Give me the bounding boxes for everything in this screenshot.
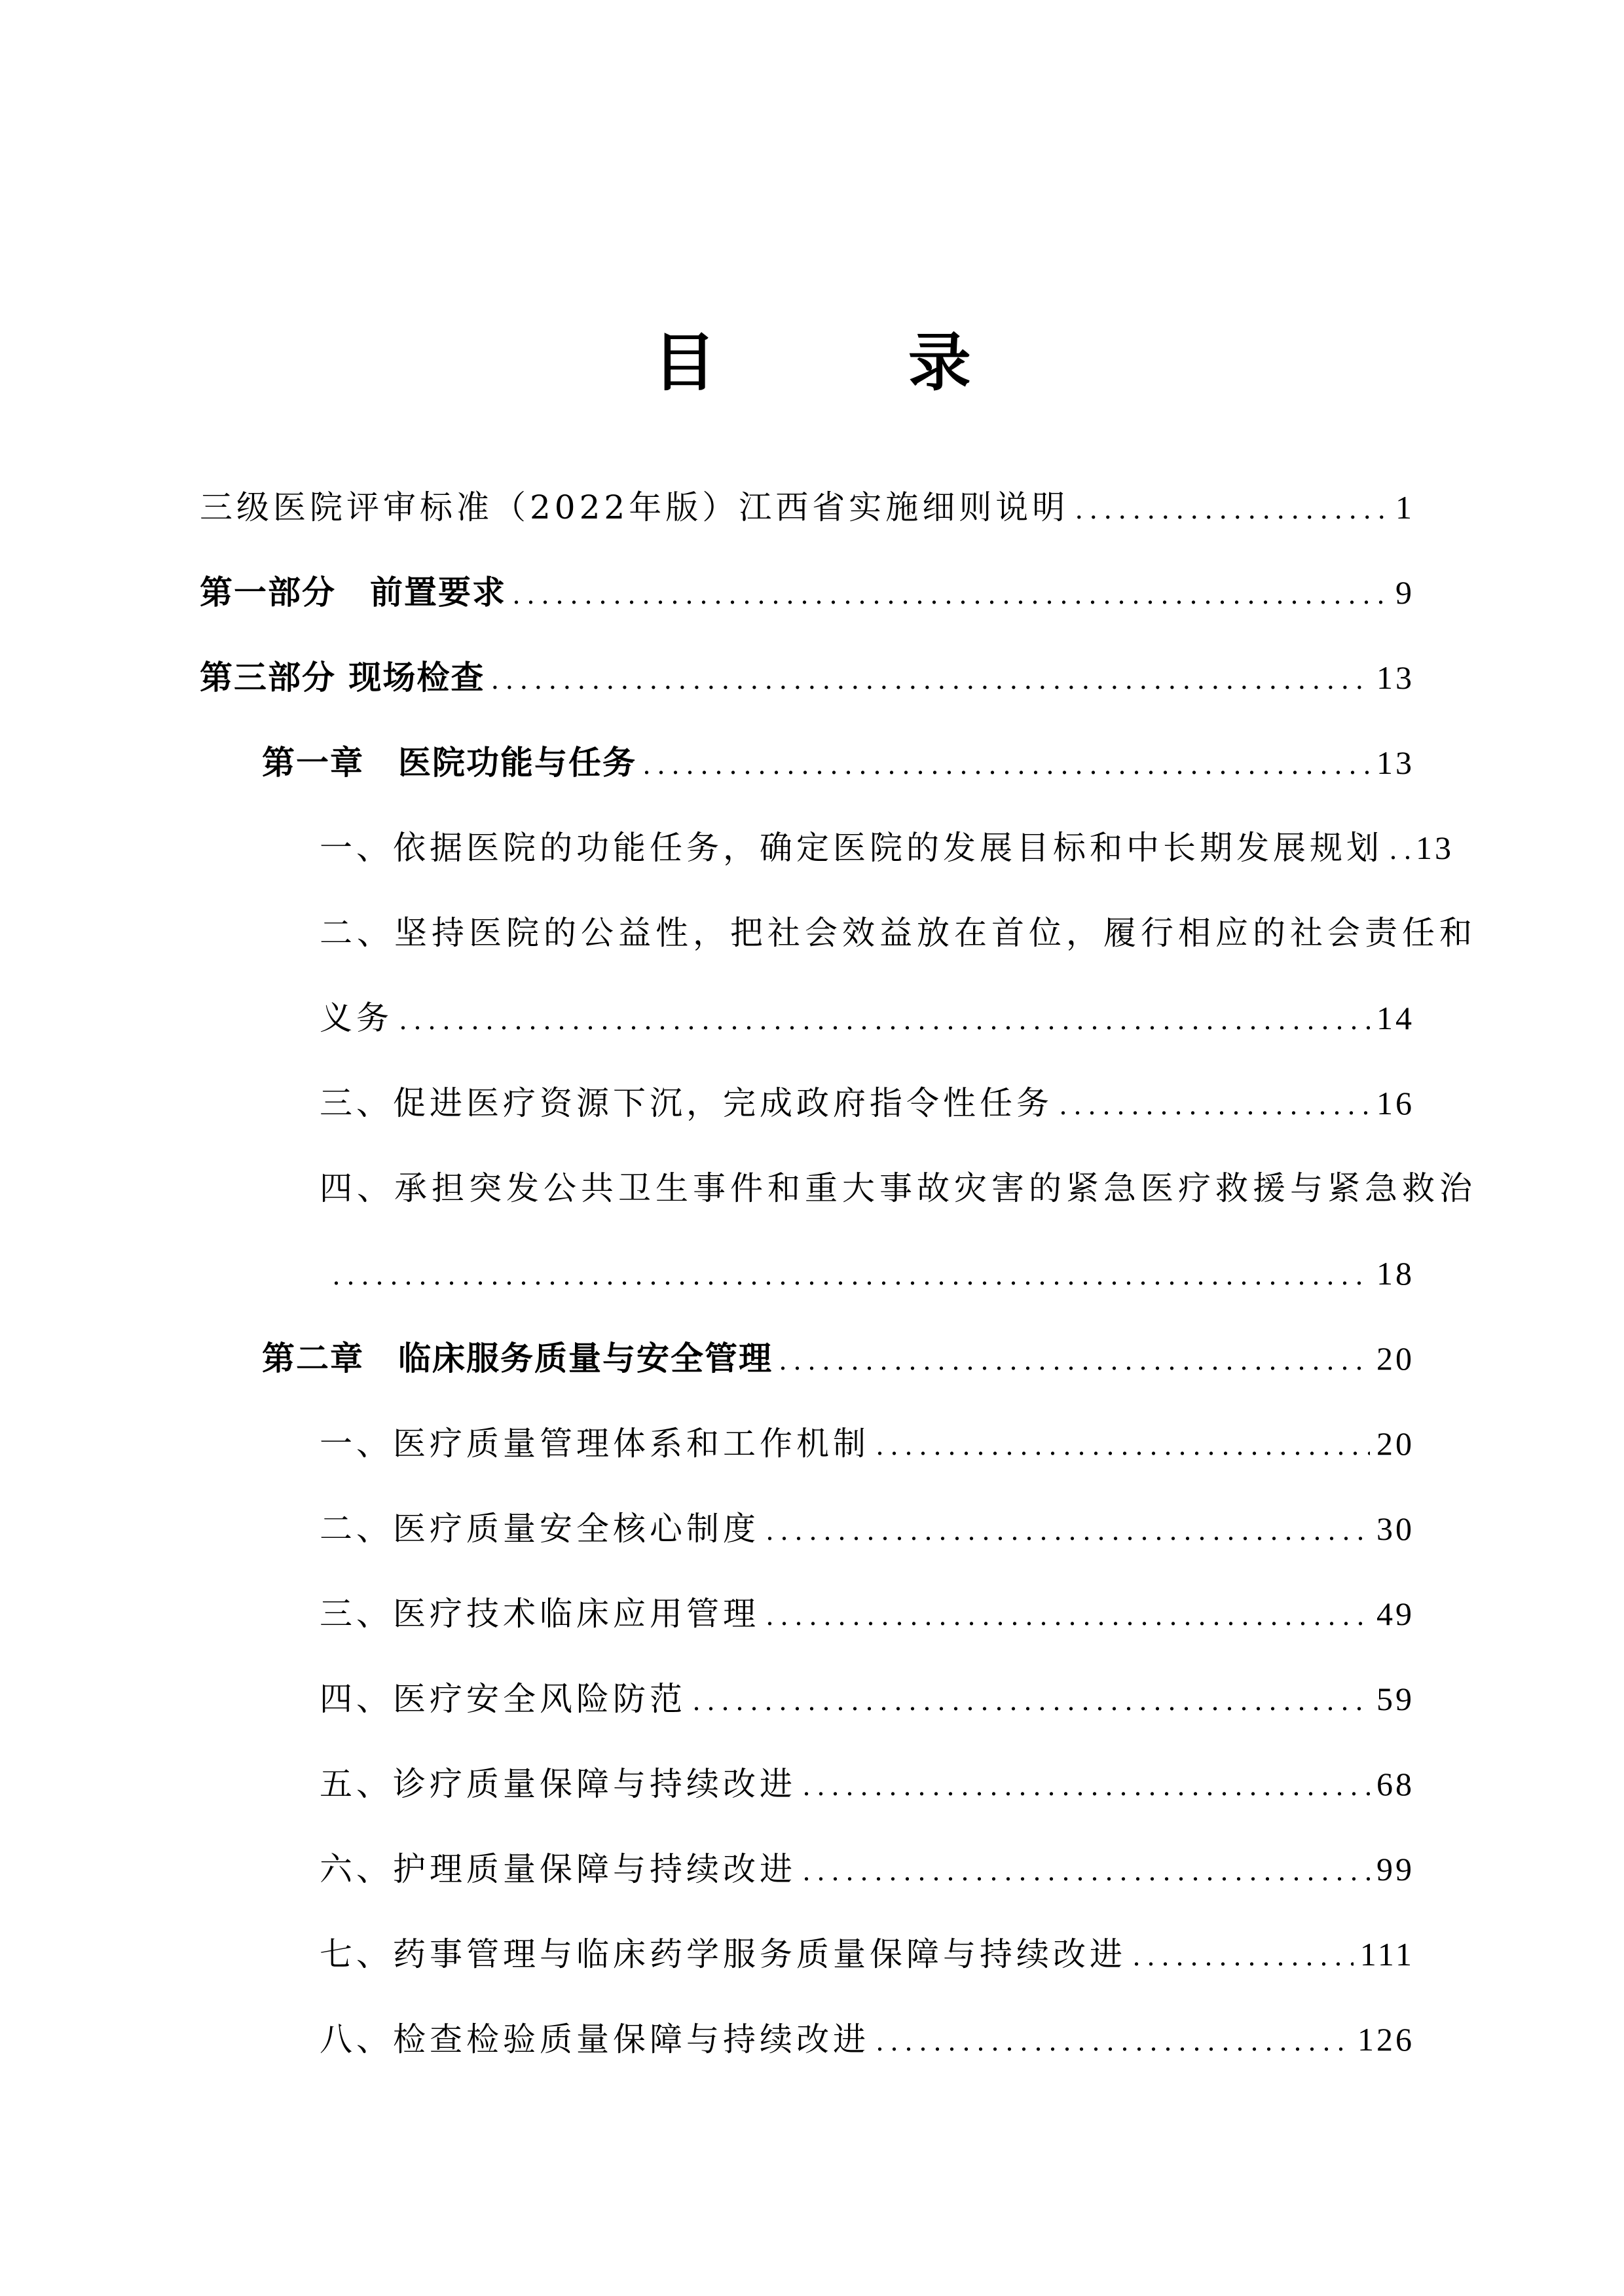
toc-entry-label: 七、药事管理与临床药学服务质量保障与持续改进: [320, 1928, 1126, 1980]
toc-entry-page-number: 9: [1395, 566, 1414, 619]
dot-leader: [766, 1504, 1370, 1557]
toc-entry-part-one[interactable]: 第一部分 前置要求 9: [200, 566, 1414, 619]
toc-entry-part-three[interactable]: 第三部分 现场检查 13: [200, 651, 1414, 704]
toc-entry-page-number: 68: [1376, 1758, 1414, 1810]
dot-leader: [643, 738, 1370, 791]
toc-entry-label: 三、促进医疗资源下沉，完成政府指令性任务: [320, 1077, 1053, 1129]
toc-entry-page-number: 13: [1416, 822, 1454, 874]
toc-entry-page-number: 111: [1360, 1928, 1414, 1980]
toc-entry-section-line1[interactable]: 二、坚持医院的公益性，把社会效益放在首位，履行相应的社会责任和: [320, 907, 1414, 959]
page-title: 目 录: [0, 323, 1624, 402]
dot-leader: [876, 2015, 1351, 2068]
dot-leader: [1060, 1079, 1370, 1131]
toc-entry-page-number: 13: [1376, 737, 1414, 789]
toc-entry-section[interactable]: 八、检查检验质量保障与持续改进 126: [320, 2013, 1414, 2066]
toc-entry-page-number: 18: [1376, 1247, 1414, 1300]
toc-entry-section[interactable]: 三、医疗技术临床应用管理 49: [320, 1588, 1414, 1640]
toc-entry-label: 三级医院评审标准（2022年版）江西省实施细则说明: [200, 481, 1069, 534]
dot-leader: [766, 1590, 1370, 1642]
toc-entry-page-number: 20: [1376, 1417, 1414, 1470]
toc-entry-label: 二、医疗质量安全核心制度: [320, 1503, 760, 1555]
toc-entry-section[interactable]: 二、医疗质量安全核心制度 30: [320, 1503, 1414, 1555]
toc-entry-page-number: 99: [1376, 1843, 1414, 1895]
toc-entry-page-number: 59: [1376, 1673, 1414, 1725]
toc-entry-section[interactable]: 一、医疗质量管理体系和工作机制 20: [320, 1417, 1414, 1470]
toc-entry-page-number: 16: [1376, 1077, 1414, 1129]
dot-leader: [1075, 483, 1389, 536]
toc-entry-label: 义务: [320, 992, 393, 1044]
dot-leader: [1390, 824, 1409, 876]
toc-entry-label: 八、检查检验质量保障与持续改进: [320, 2013, 870, 2066]
dot-leader: [491, 653, 1370, 706]
toc-entry-label: 三、医疗技术临床应用管理: [320, 1588, 760, 1640]
toc-entry-section[interactable]: 七、药事管理与临床药学服务质量保障与持续改进 111: [320, 1928, 1414, 1980]
toc-entry-label: 第一章 医院功能与任务: [262, 737, 637, 789]
toc-entry-chapter-one[interactable]: 第一章 医院功能与任务 13: [262, 737, 1414, 789]
toc-entry-label: 第二章 临床服务质量与安全管理: [262, 1332, 773, 1385]
toc-entry-label: 六、护理质量保障与持续改进: [320, 1843, 796, 1895]
dot-leader: [803, 1760, 1370, 1812]
toc-entry-section[interactable]: 六、护理质量保障与持续改进 99: [320, 1843, 1414, 1895]
toc-entry-page-number: 13: [1376, 651, 1414, 704]
toc-entry-page-number: 49: [1376, 1588, 1414, 1640]
toc-entry-section-line2[interactable]: 义务 14: [320, 992, 1414, 1044]
toc-entry-label: 四、医疗安全风险防范: [320, 1673, 686, 1725]
toc-entry-section[interactable]: 四、医疗安全风险防范 59: [320, 1673, 1414, 1725]
toc-entry-section[interactable]: 五、诊疗质量保障与持续改进 68: [320, 1758, 1414, 1810]
toc-entry-label: 一、医疗质量管理体系和工作机制: [320, 1417, 870, 1470]
toc-entry-label: 四、承担突发公共卫生事件和重大事故灾害的紧急医疗救援与紧急救治: [320, 1162, 1477, 1214]
dot-leader: [779, 1334, 1370, 1387]
dot-leader: [693, 1675, 1370, 1727]
toc-entry-page-number: 30: [1376, 1503, 1414, 1555]
toc-entry-label: 第三部分 现场检查: [200, 651, 485, 704]
toc-entry-page-number: 20: [1376, 1332, 1414, 1385]
toc-entry-label: 二、坚持医院的公益性，把社会效益放在首位，履行相应的社会责任和: [320, 907, 1477, 959]
dot-leader: [513, 568, 1389, 621]
dot-leader: [803, 1845, 1370, 1897]
dot-leader: [333, 1249, 1370, 1302]
toc-entry-implementation-notes[interactable]: 三级医院评审标准（2022年版）江西省实施细则说明 1: [200, 481, 1414, 534]
dot-leader: [399, 994, 1370, 1046]
toc-entry-label: 一、依据医院的功能任务，确定医院的发展目标和中长期发展规划: [320, 822, 1383, 874]
toc-entry-page-number: 1: [1395, 481, 1414, 534]
toc-entry-chapter-two[interactable]: 第二章 临床服务质量与安全管理 20: [262, 1332, 1414, 1385]
dot-leader: [876, 1419, 1370, 1472]
toc-entry-section[interactable]: 一、依据医院的功能任务，确定医院的发展目标和中长期发展规划 13: [320, 822, 1414, 874]
toc-entry-label: 第一部分 前置要求: [200, 566, 506, 619]
toc-entry-label: 五、诊疗质量保障与持续改进: [320, 1758, 796, 1810]
toc-entry-section-line1[interactable]: 四、承担突发公共卫生事件和重大事故灾害的紧急医疗救援与紧急救治: [320, 1162, 1414, 1214]
toc-entry-section[interactable]: 三、促进医疗资源下沉，完成政府指令性任务 16: [320, 1077, 1414, 1129]
dot-leader: [1133, 1930, 1354, 1982]
toc-entry-section-line2[interactable]: 18: [333, 1247, 1414, 1300]
toc-entry-page-number: 14: [1376, 992, 1414, 1044]
toc-entry-page-number: 126: [1357, 2013, 1414, 2066]
